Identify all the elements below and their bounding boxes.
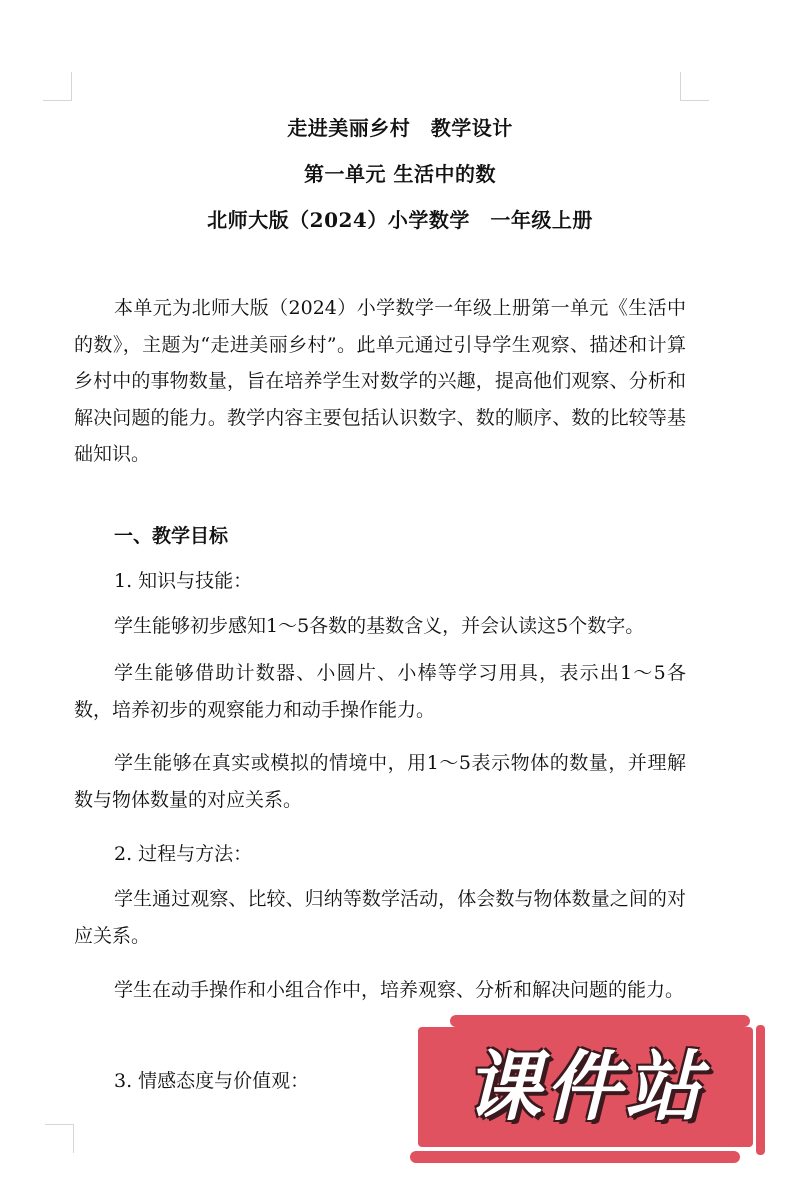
textbook-title: 北师大版（2024）小学数学 一年级上册 (0, 204, 800, 233)
goal-item: 学生能够在真实或模拟的情境中，用1～5表示物体的数量，并理解数与物体数量的对应关… (74, 745, 686, 818)
goal-item: 学生能够初步感知1～5各数的基数含义，并会认读这5个数字。 (74, 608, 686, 645)
goal-item: 学生通过观察、比较、归纳等数学活动，体会数与物体数量之间的对应关系。 (74, 881, 686, 954)
page-corner-mark-top-right (680, 72, 709, 101)
subheading-knowledge-skills: 1. 知识与技能： (74, 563, 686, 600)
watermark-stamp: 课件站 (410, 1015, 765, 1170)
stamp-edge (450, 1015, 750, 1027)
intro-paragraph: 本单元为北师大版（2024）小学数学一年级上册第一单元《生活中的数》，主题为“走… (74, 290, 686, 473)
subheading-process-method: 2. 过程与方法： (74, 836, 686, 873)
section-heading-teaching-goals: 一、教学目标 (74, 518, 686, 555)
goal-item: 学生能够借助计数器、小圆片、小棒等学习用具，表示出1～5各数，培养初步的观察能力… (74, 655, 686, 728)
page-corner-mark-bottom-left (45, 1124, 74, 1153)
stamp-edge (756, 1025, 765, 1155)
unit-title: 第一单元 生活中的数 (0, 158, 800, 187)
page-corner-mark-top-left (43, 72, 72, 101)
document-title: 走进美丽乡村 教学设计 (0, 112, 800, 141)
watermark-text: 课件站 (425, 1037, 745, 1137)
stamp-edge (410, 1151, 740, 1163)
goal-item: 学生在动手操作和小组合作中，培养观察、分析和解决问题的能力。 (74, 972, 686, 1009)
